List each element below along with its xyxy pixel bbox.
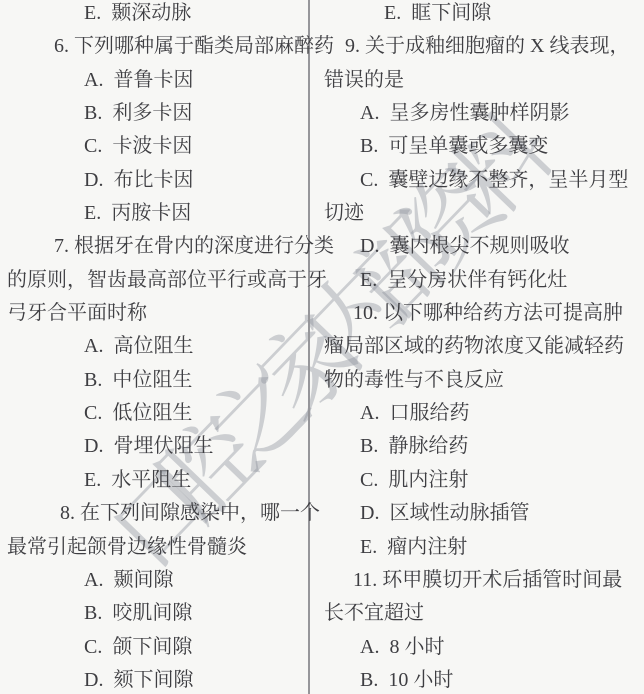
exam-question-page: 口腔之家内部资料 E. 颞深动脉 6. 下列哪种属于酯类局部麻醉药 A. 普鲁卡… (0, 0, 644, 694)
continuation-line: 错误的是 (311, 64, 644, 97)
option-line: D. 区域性动脉插管 (311, 497, 644, 530)
question-line: 10. 以下哪种给药方法可提高肿 (311, 297, 644, 330)
continuation-line: 切迹 (311, 197, 644, 230)
option-line: E. 眶下间隙 (311, 0, 644, 30)
option-line: D. 颏下间隙 (0, 664, 322, 694)
continuation-line: 弓牙合平面时称 (0, 297, 322, 330)
question-line: 11. 环甲膜切开术后插管时间最 (311, 564, 644, 597)
option-line: B. 可呈单囊或多囊变 (311, 130, 644, 163)
option-line: E. 颞深动脉 (0, 0, 322, 30)
option-line: A. 颞间隙 (0, 564, 322, 597)
option-line: E. 水平阻生 (0, 464, 322, 497)
option-line: E. 丙胺卡因 (0, 197, 322, 230)
question-line: 9. 关于成釉细胞瘤的 X 线表现， (311, 30, 644, 63)
option-line: E. 呈分房状伴有钙化灶 (311, 264, 644, 297)
continuation-line: 长不宜超过 (311, 597, 644, 630)
option-line: A. 普鲁卡因 (0, 64, 322, 97)
option-line: A. 呈多房性囊肿样阴影 (311, 97, 644, 130)
question-line: 7. 根据牙在骨内的深度进行分类 (0, 230, 322, 263)
option-line: C. 肌内注射 (311, 464, 644, 497)
option-line: B. 利多卡因 (0, 97, 322, 130)
question-line: 8. 在下列间隙感染中，哪一个 (0, 497, 322, 530)
continuation-line: 物的毒性与不良反应 (311, 364, 644, 397)
question-line: 6. 下列哪种属于酯类局部麻醉药 (0, 30, 322, 63)
option-line: D. 骨埋伏阻生 (0, 430, 322, 463)
option-line: B. 静脉给药 (311, 430, 644, 463)
option-line: D. 囊内根尖不规则吸收 (311, 230, 644, 263)
left-column: E. 颞深动脉 6. 下列哪种属于酯类局部麻醉药 A. 普鲁卡因 B. 利多卡因… (0, 0, 322, 694)
option-line: C. 低位阻生 (0, 397, 322, 430)
option-line: C. 囊壁边缘不整齐，呈半月型 (311, 164, 644, 197)
option-line: D. 布比卡因 (0, 164, 322, 197)
option-line: A. 8 小时 (311, 631, 644, 664)
option-line: B. 中位阻生 (0, 364, 322, 397)
option-line: A. 口服给药 (311, 397, 644, 430)
option-line: B. 10 小时 (311, 664, 644, 694)
option-line: C. 颌下间隙 (0, 631, 322, 664)
option-line: C. 卡波卡因 (0, 130, 322, 163)
continuation-line: 的原则，智齿最高部位平行或高于牙 (0, 264, 322, 297)
continuation-line: 最常引起颌骨边缘性骨髓炎 (0, 531, 322, 564)
option-line: A. 高位阻生 (0, 330, 322, 363)
right-column: E. 眶下间隙 9. 关于成釉细胞瘤的 X 线表现， 错误的是 A. 呈多房性囊… (311, 0, 644, 694)
continuation-line: 瘤局部区域的药物浓度又能减轻药 (311, 330, 644, 363)
option-line: B. 咬肌间隙 (0, 597, 322, 630)
option-line: E. 瘤内注射 (311, 531, 644, 564)
